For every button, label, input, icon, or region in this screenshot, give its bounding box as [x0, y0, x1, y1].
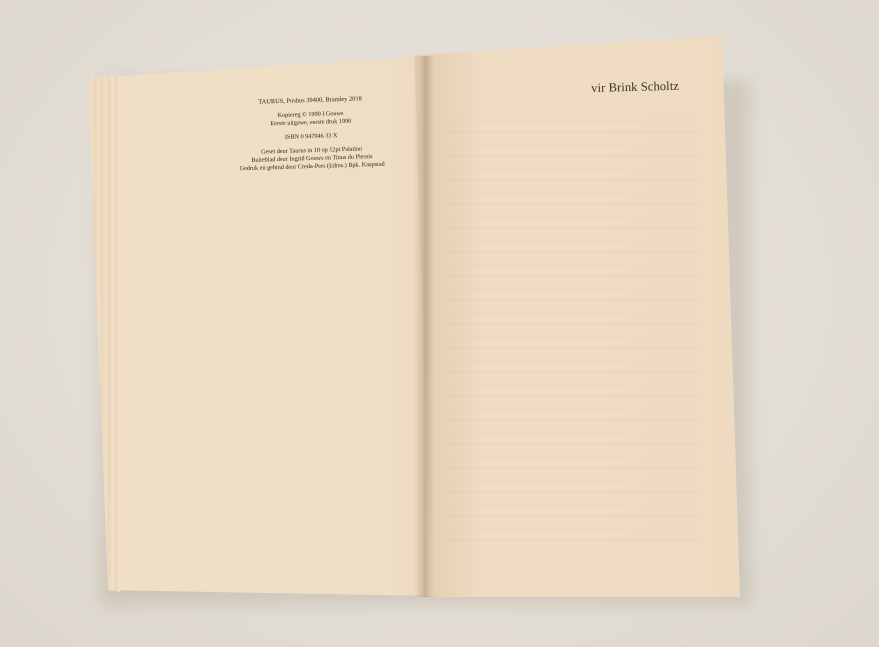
book-gutter — [414, 56, 434, 597]
open-book: TAURUS, Posbus 39400, Bramley 2018 Kopie… — [0, 0, 879, 647]
copyright-imprint: TAURUS, Posbus 39400, Bramley 2018 Kopie… — [215, 94, 407, 174]
show-through-text — [440, 110, 700, 550]
page-stack-edge — [88, 66, 120, 592]
dedication-text: vir Brink Scholtz — [591, 79, 679, 96]
